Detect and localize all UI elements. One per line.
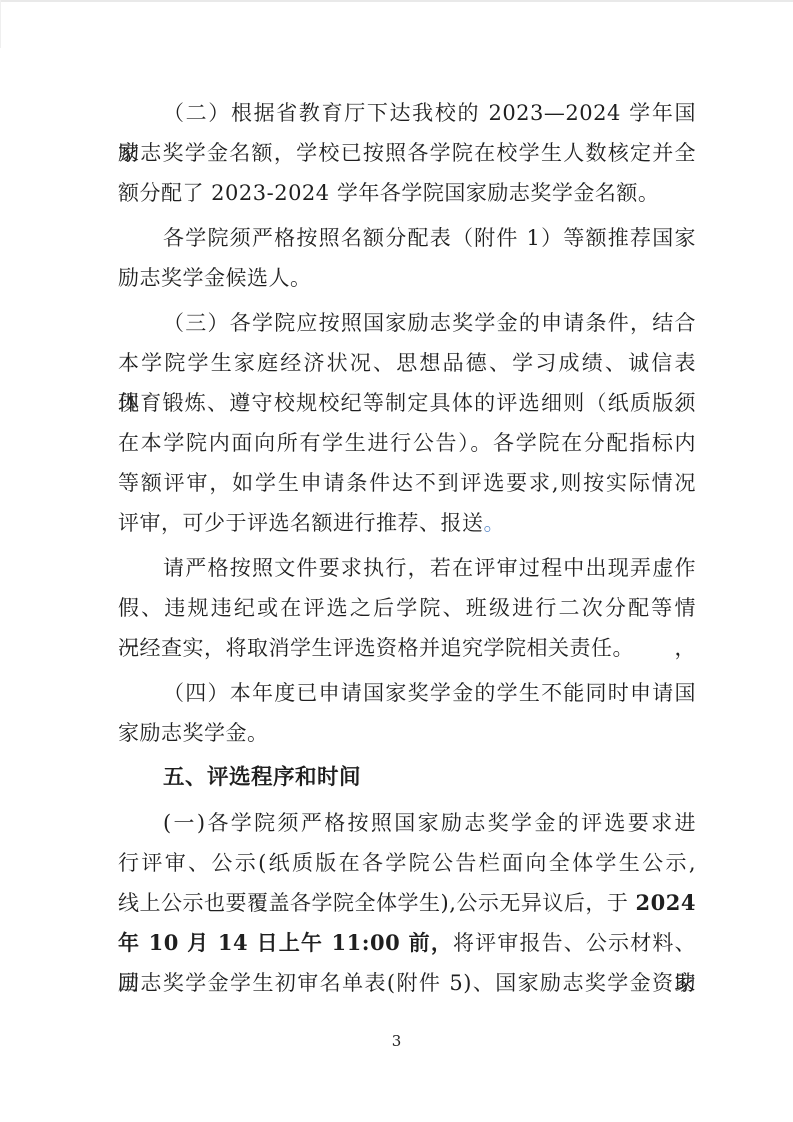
page-top-edge [0,0,793,2]
text-line: 本学院学生家庭经济状况、思想品德、学习成绩、诚信表现、 [118,343,696,383]
text-segment: 励志奖学金候选人。 [118,266,312,290]
text-segment: （三）各学院应按照国家励志奖学金的申请条件，结合 [163,311,696,335]
text-line: 行评审、公示(纸质版在各学院公告栏面向全体学生公示, [118,843,696,883]
page-left-edge [0,0,1,48]
text-line: 假、违规违纪或在评选之后学院、班级进行二次分配等情况， [118,588,696,628]
text-segment: (一)各学院须严格按照国家励志奖学金的评选要求进 [163,811,696,835]
document-page: { "document": { "page_number": "3", "tex… [0,0,793,1122]
text-segment: 家励志奖学金。 [118,721,269,745]
text-line: 评审，可少于评选名额进行推荐、报送。 [118,503,696,543]
text-line: （三）各学院应按照国家励志奖学金的申请条件，结合 [118,303,696,343]
text-segment: 行评审、公示(纸质版在各学院公告栏面向全体学生公示, [118,851,696,875]
text-line: 等额评审，如学生申请条件达不到评选要求,则按实际情况 [118,463,696,503]
text-segment: 2024 [636,890,696,915]
text-line: 各学院须严格按照名额分配表（附件 1）等额推荐国家 [118,218,696,258]
text-segment: 励志奖学金学生初审名单表(附件 5)、国家励志奖学金资助 [118,971,696,995]
text-segment: 等额评审，如学生申请条件达不到评选要求,则按实际情况 [118,471,696,495]
text-line: 励志奖学金名额，学校已按照各学院在校学生人数核定并全 [118,133,696,173]
text-segment: 年 10 月 14 日上午 11:00 前， [118,930,453,955]
text-segment: 各学院须严格按照名额分配表（附件 1）等额推荐国家 [163,226,696,250]
text-segment: 请严格按照文件要求执行，若在评审过程中出现弄虚作 [163,556,696,580]
text-line: 励志奖学金学生初审名单表(附件 5)、国家励志奖学金资助 [118,963,696,1003]
text-line: 额分配了 2023-2024 学年各学院国家励志奖学金名额。 [118,173,696,213]
text-segment: 额分配了 2023-2024 学年各学院国家励志奖学金名额。 [118,181,659,205]
text-segment: 体育锻炼、遵守校规校纪等制定具体的评选细则（纸质版须 [118,391,696,415]
text-segment: 励志奖学金名额，学校已按照各学院在校学生人数核定并全 [118,141,696,165]
document-body-text: （二）根据省教育厅下达我校的 2023—2024 学年国家励志奖学金名额，学校已… [118,88,696,1003]
text-line: (一)各学院须严格按照国家励志奖学金的评选要求进 [118,803,696,843]
text-line: （四）本年度已申请国家奖学金的学生不能同时申请国 [118,673,696,713]
text-line: 年 10 月 14 日上午 11:00 前，将评审报告、公示材料、国家 [118,923,696,963]
text-line: 在本学院内面向所有学生进行公告）。各学院在分配指标内 [118,423,696,463]
text-line: 体育锻炼、遵守校规校纪等制定具体的评选细则（纸质版须 [118,383,696,423]
section-heading: 五、评选程序和时间 [118,758,696,798]
text-line: 励志奖学金候选人。 [118,258,696,298]
text-line: 一经查实，将取消学生评选资格并追究学院相关责任。 [118,628,696,668]
text-segment: 在本学院内面向所有学生进行公告）。各学院在分配指标内 [118,431,696,455]
text-segment: 线上公示也要覆盖各学院全体学生),公示无异议后，于 [118,891,636,915]
text-segment: 一经查实，将取消学生评选资格并追究学院相关责任。 [118,636,634,660]
blue-revision-mark: 。 [484,511,506,535]
text-line: （二）根据省教育厅下达我校的 2023—2024 学年国家 [118,93,696,133]
text-segment: （四）本年度已申请国家奖学金的学生不能同时申请国 [163,681,696,705]
text-segment: 评审，可少于评选名额进行推荐、报送 [118,511,484,535]
text-line: 请严格按照文件要求执行，若在评审过程中出现弄虚作 [118,548,696,588]
text-line: 线上公示也要覆盖各学院全体学生),公示无异议后，于 2024 [118,883,696,923]
text-segment: 五、评选程序和时间 [163,765,361,790]
page-number: 3 [0,1030,793,1052]
text-line: 家励志奖学金。 [118,713,696,753]
